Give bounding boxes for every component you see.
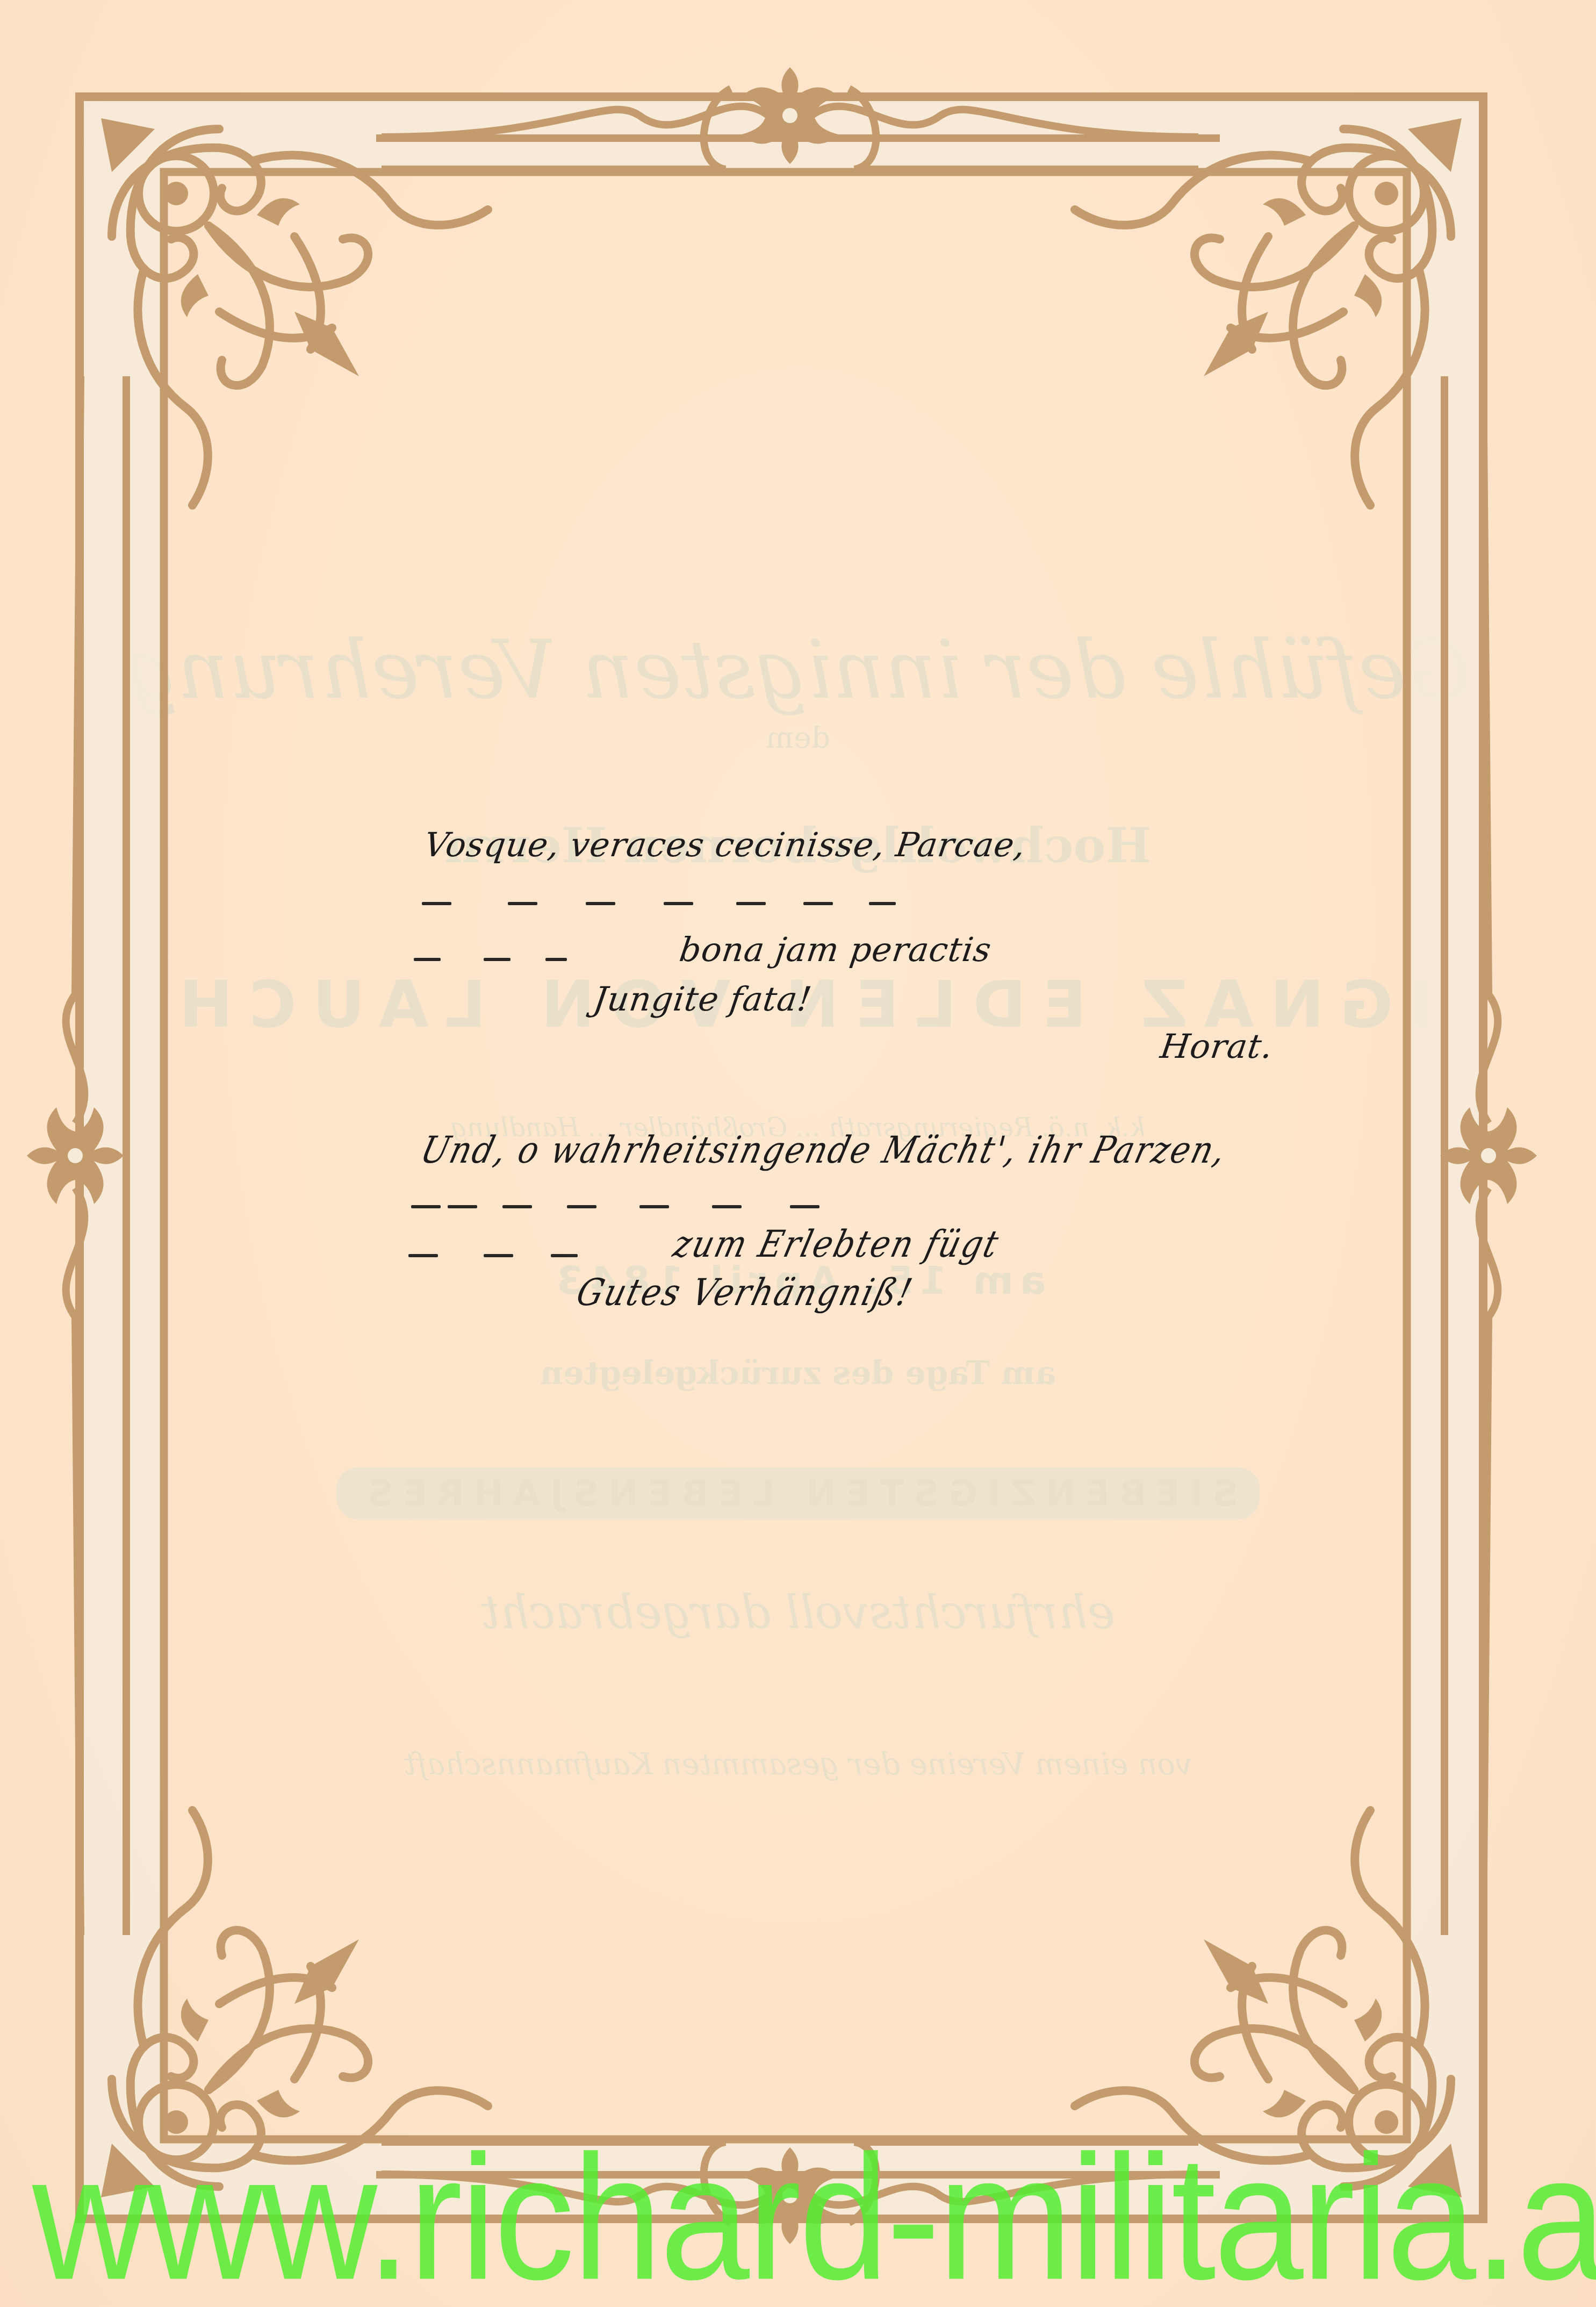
dash [411,1205,441,1208]
latin-line-4: Jungite fata! [591,979,815,1019]
dash [869,902,896,905]
dash [586,902,615,905]
dash [408,1254,438,1257]
dash [484,958,511,961]
german-dash-row-2 [408,1254,580,1258]
dash [484,1254,513,1257]
website-watermark: www.richard-militaria.at [32,2129,1564,2306]
latin-dash-row-1 [422,902,905,906]
latin-attribution: Horat. [1158,1027,1276,1066]
dash [639,1205,669,1208]
dash [567,1205,596,1208]
dash [502,1205,532,1208]
latin-dash-row-2 [414,958,575,962]
dash [448,1205,477,1208]
dash [664,902,693,905]
dash [422,902,451,905]
dash [803,902,833,905]
german-dash-row-1 [411,1205,1083,1209]
latin-line-1: Vosque, veraces cecinisse, Parcae, [422,825,1029,864]
dash [551,1254,578,1257]
dash [736,902,766,905]
dash [790,1205,819,1208]
dash [414,958,441,961]
german-line-1: Und, o wahrheitsingende Mächt', ihr Parz… [416,1129,1232,1172]
latin-line-3: bona jam peractis [677,930,994,969]
dash [545,958,567,961]
german-line-4: Gutes Verhängniß! [572,1271,918,1315]
german-line-3: zum Erlebten fügt [669,1223,1004,1266]
dash [712,1205,742,1208]
dash [508,902,537,905]
